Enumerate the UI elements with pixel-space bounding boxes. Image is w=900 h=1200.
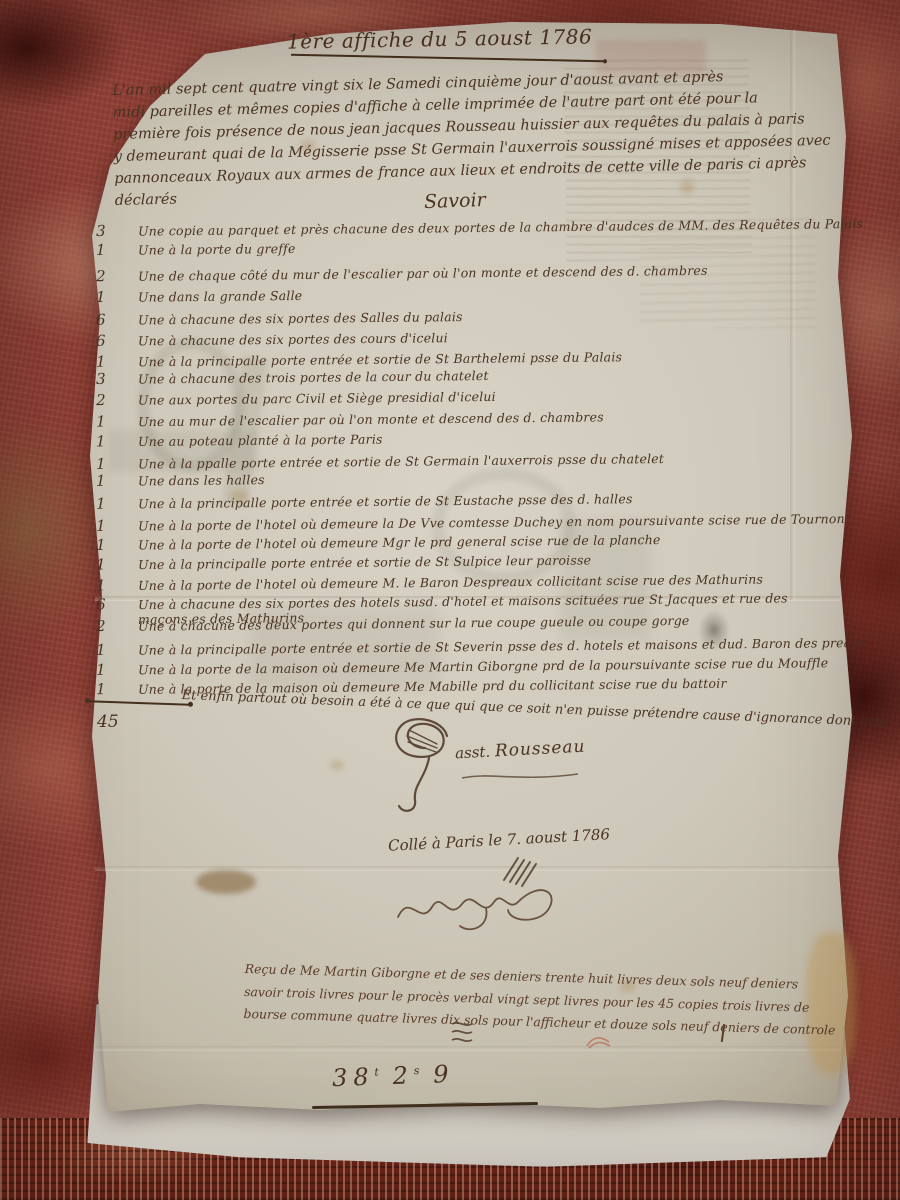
item-text: Une à la porte du greffe [138,241,296,258]
item-count: 3 [96,222,138,240]
amount-livres-unit: t [374,1066,379,1079]
item-count: 1 [96,412,138,430]
item-text: Une de chaque côté du mur de l'escalier … [138,263,708,284]
item-count: 1 [96,471,138,489]
item-count: 1 [96,432,138,450]
item-count: 6 [96,310,138,328]
item-count: 1 [96,555,138,573]
item-count: 2 [96,267,138,285]
item-text: Une à la principalle porte entrée et sor… [138,491,633,511]
list-item: 2Une de chaque côté du mur de l'escalier… [96,261,708,285]
amount-deniers: 9 [433,1060,455,1089]
item-count: 1 [96,455,138,473]
item-text: Une à chacune des trois portes de la cou… [138,368,489,387]
list-item: 1Une au poteau planté à la porte Paris [96,429,383,450]
item-count: 1 [96,680,138,698]
item-count: 1 [96,288,138,306]
list-item: 3Une copie au parquet et près chacune de… [96,214,863,240]
item-count: 1 [96,516,138,534]
total-count: 45 [97,712,119,732]
item-text: Une à la ppalle porte entrée et sortie d… [138,451,664,472]
item-text: Une dans la grande Salle [138,288,302,305]
list-item: 1Une dans les halles [96,470,265,490]
item-text: Une à la porte de l'hotel où demeure Mgr… [138,532,661,552]
receipt-squiggle-mark [448,1018,474,1048]
list-item: 1Une à la ppalle porte entrée et sortie … [96,449,664,473]
item-text: Une au poteau planté à la porte Paris [138,431,383,449]
list-item: 6Une à chacune des six portes des cours … [96,328,448,350]
item-text: Une à chacune des six portes des Salles … [138,309,463,327]
item-count: 1 [96,352,138,370]
item-text: Une copie au parquet et près chacune des… [138,216,863,239]
item-count: 1 [96,536,138,554]
item-count: 1 [96,641,138,659]
item-text: Une à la porte de l'hotel où demeure la … [138,511,845,533]
attestation-abbrev: asst. [455,743,491,763]
item-text: Une dans les halles [138,472,265,488]
list-item: 1Une à la porte du greffe [96,239,296,259]
list-item: 2Une aux portes du parc Civil et Siège p… [96,387,496,409]
item-text: Une à la principalle porte entrée et sor… [138,552,591,572]
second-signature-flourish [390,872,575,937]
item-text: Une à chacune des deux portes qui donnen… [138,613,690,634]
amount-livres: 38 [332,1063,375,1092]
item-count: 2 [96,391,138,409]
item-count: 6 [96,595,138,613]
amount-total: 38t 2s 9 [332,1060,455,1092]
amount-sols-unit: s [413,1064,419,1077]
red-scribble [583,1030,613,1052]
list-item: 1Une à la principalle porte entrée et so… [96,489,633,513]
amount-sols: 2 [392,1061,414,1090]
item-count: 2 [96,617,138,635]
list-item: 1Une dans la grande Salle [96,286,303,306]
list-item: 1Une au mur de l'escalier par où l'on mo… [96,407,604,430]
list-item: 6Une à chacune des six portes des Salles… [96,307,463,329]
item-text: Une à chacune des six portes des hotels … [138,590,788,612]
list-item: 3Une à chacune des trois portes de la co… [96,366,489,388]
list-item: 1Une à la principalle porte entrée et so… [96,550,591,573]
item-count: 1 [96,576,138,594]
item-text: Une à chacune des six portes des cours d… [138,330,448,348]
item-count: 1 [96,241,138,259]
photo-of-manuscript: 1ère affiche du 5 aoust 1786 L'an mil se… [0,0,900,1200]
item-text: Une aux portes du parc Civil et Siège pr… [138,389,496,408]
item-count: 6 [96,331,138,349]
signature-underline-flourish [460,770,580,784]
item-count: 1 [96,494,138,512]
item-count: 3 [96,370,138,388]
item-count: 1 [96,660,138,678]
item-text: Une au mur de l'escalier par où l'on mon… [138,409,604,429]
